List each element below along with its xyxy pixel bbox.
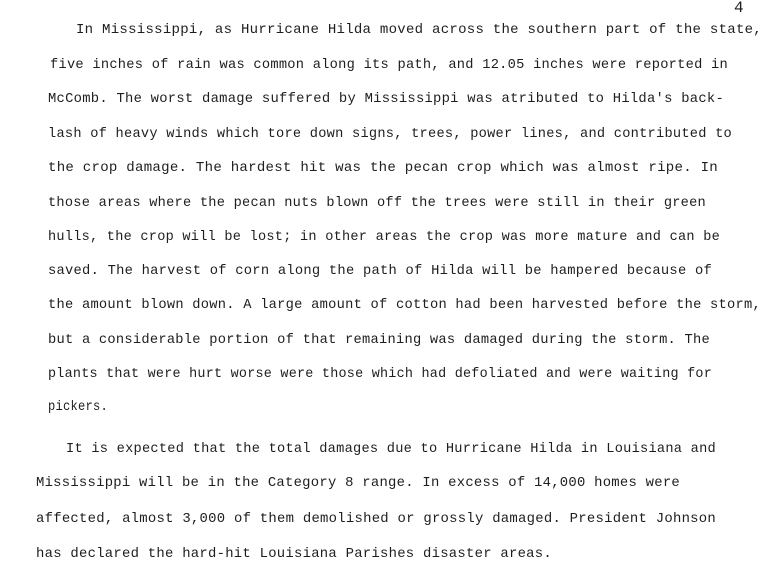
text-line: It is expected that the total damages du… — [66, 441, 716, 459]
text-line: McComb. The worst damage suffered by Mis… — [48, 91, 724, 109]
text-line: those areas where the pecan nuts blown o… — [48, 195, 706, 213]
text-line: In Mississippi, as Hurricane Hilda moved… — [76, 22, 762, 40]
text-line: has declared the hard-hit Louisiana Pari… — [36, 546, 552, 564]
page-number: 4 — [734, 0, 744, 16]
text-line: affected, almost 3,000 of them demolishe… — [36, 511, 716, 529]
text-line: lash of heavy winds which tore down sign… — [48, 126, 732, 144]
text-line: pickers. — [48, 399, 108, 417]
text-line: five inches of rain was common along its… — [50, 57, 728, 75]
text-line: but a considerable portion of that remai… — [48, 332, 710, 350]
text-line: the amount blown down. A large amount of… — [48, 297, 761, 315]
text-line: saved. The harvest of corn along the pat… — [48, 263, 712, 281]
text-line: Mississippi will be in the Category 8 ra… — [36, 475, 680, 493]
text-line: hulls, the crop will be lost; in other a… — [48, 229, 720, 247]
text-line: the crop damage. The hardest hit was the… — [48, 160, 718, 178]
text-line: plants that were hurt worse were those w… — [48, 366, 712, 384]
